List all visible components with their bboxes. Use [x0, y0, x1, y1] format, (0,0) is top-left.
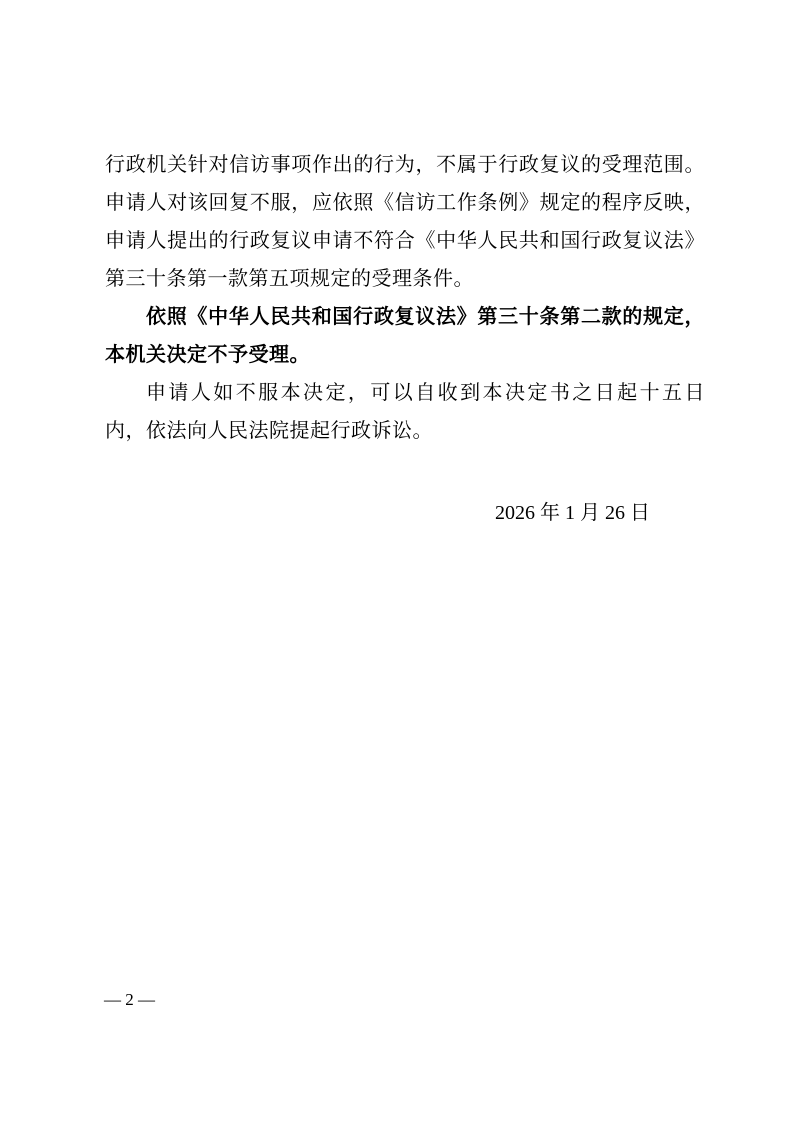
document-body: 行政机关针对信访事项作出的行为，不属于行政复议的受理范围。申请人对该回复不服，应… [105, 146, 705, 450]
document-date: 2026 年 1 月 26 日 [105, 494, 705, 532]
text-line: 申请人如不服本决定，可以自收到本决定书之日起十五日 [105, 374, 705, 412]
paragraph: 行政机关针对信访事项作出的行为，不属于行政复议的受理范围。申请人对该回复不服，应… [105, 146, 705, 298]
text-line: 内，依法向人民法院提起行政诉讼。 [105, 412, 705, 450]
text-line: 行政机关针对信访事项作出的行为，不属于行政复议的受理范围。 [105, 146, 705, 184]
text-line: 申请人对该回复不服，应依照《信访工作条例》规定的程序反映， [105, 184, 705, 222]
paragraph: 依照《中华人民共和国行政复议法》第三十条第二款的规定，本机关决定不予受理。 [105, 298, 705, 374]
document-page: 行政机关针对信访事项作出的行为，不属于行政复议的受理范围。申请人对该回复不服，应… [0, 0, 794, 1123]
document-content: 行政机关针对信访事项作出的行为，不属于行政复议的受理范围。申请人对该回复不服，应… [105, 146, 705, 532]
page-number: — 2 — [104, 988, 155, 1012]
text-line: 依照《中华人民共和国行政复议法》第三十条第二款的规定， [105, 298, 705, 336]
text-line: 申请人提出的行政复议申请不符合《中华人民共和国行政复议法》 [105, 222, 705, 260]
text-line: 第三十条第一款第五项规定的受理条件。 [105, 260, 705, 298]
text-line: 本机关决定不予受理。 [105, 336, 705, 374]
paragraph: 申请人如不服本决定，可以自收到本决定书之日起十五日内，依法向人民法院提起行政诉讼… [105, 374, 705, 450]
